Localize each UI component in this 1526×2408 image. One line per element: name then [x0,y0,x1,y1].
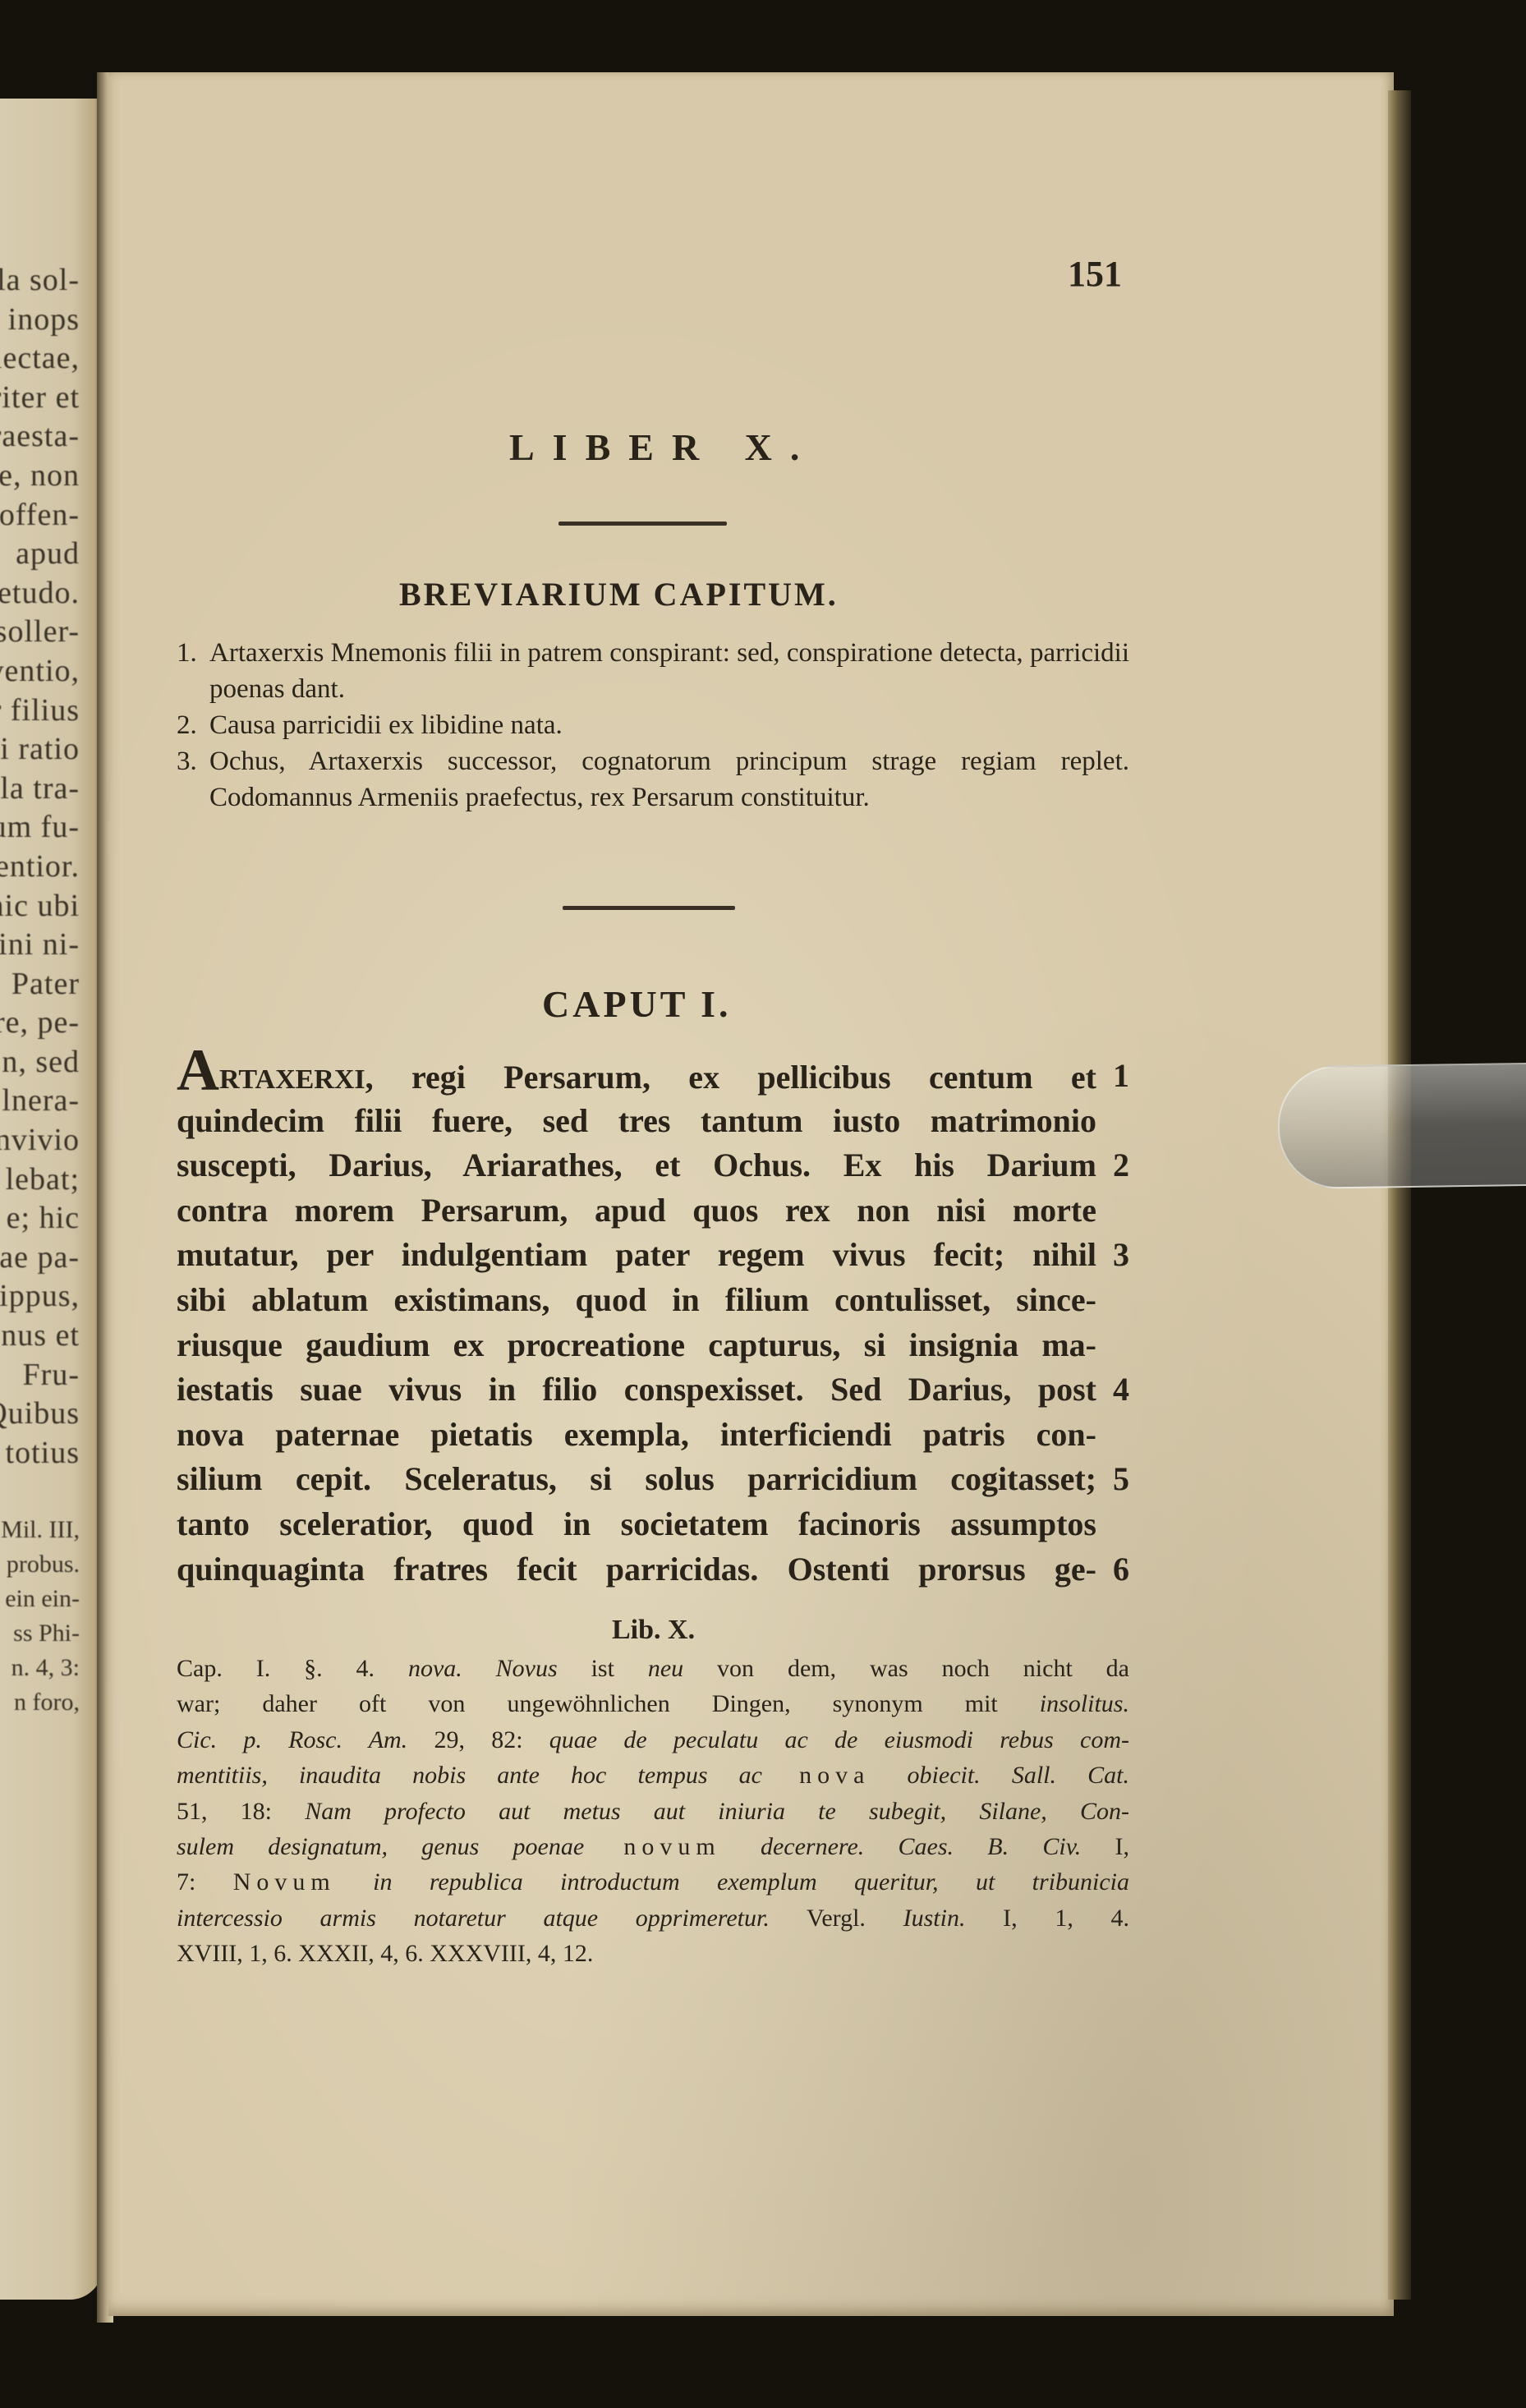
text-line: nova paternae pietatis exempla, interfic… [177,1413,1129,1458]
footnote-line: sulem designatum, genus poenae novum dec… [177,1829,1129,1864]
page-number: 151 [1068,253,1122,295]
summary-item-text: Artaxerxis Mnemonis filii in patrem cons… [209,635,1129,707]
footnote-line: 7: Novum in republica introductum exempl… [177,1864,1129,1900]
summary-item-text: Ochus, Artaxerxis successor, cognatorum … [209,743,1129,816]
section-number [1096,1188,1129,1234]
text-line: ARTAXERXI, regi Persarum, ex pellicibus … [177,1054,1129,1099]
text-line: quindecim filii fuere, sed tres tantum i… [177,1099,1129,1144]
section-number: 3 [1096,1233,1129,1278]
text-line: sibi ablatum existimans, quod in filium … [177,1278,1129,1323]
footnote-line: XVIII, 1, 6. XXXII, 4, 6. XXXVIII, 4, 12… [177,1936,1129,1971]
footnotes: Cap. I. §. 4. nova. Novus ist neu von de… [177,1651,1129,1972]
section-number [1096,1502,1129,1547]
book-title: LIBER X. [509,425,817,469]
footnote-line: 51, 18: Nam profecto aut metus aut iniur… [177,1794,1129,1829]
drop-cap: A [177,1037,219,1103]
summary-item-number: 3. [177,743,209,816]
summary-item: 3. Ochus, Artaxerxis successor, cognator… [177,743,1129,816]
section-number: 2 [1096,1143,1129,1188]
summary-item: 1. Artaxerxis Mnemonis filii in patrem c… [177,635,1129,707]
summary-title: BREVIARIUM CAPITUM. [399,575,839,613]
divider-rule [558,522,727,526]
text-line: tanto sceleratior, quod in societatem fa… [177,1502,1129,1547]
section-number [1096,1278,1129,1323]
text-line: riusque gaudium ex procreatione capturus… [177,1323,1129,1368]
page-stack-edge [1388,90,1411,2300]
chapter-body: ARTAXERXI, regi Persarum, ex pellicibus … [177,1054,1129,1592]
summary-item: 2. Causa parricidii ex libidine nata. [177,707,1129,743]
chapter-summary: 1. Artaxerxis Mnemonis filii in patrem c… [177,635,1129,816]
facing-page-text: lla sol- r inops ilectae, riter et raest… [0,261,80,1473]
text-line: quinquaginta fratres fecit parricidas. O… [177,1547,1129,1592]
section-number: 4 [1096,1367,1129,1413]
footnote-line: intercessio armis notaretur atque opprim… [177,1900,1129,1936]
chapter-title: CAPUT I. [542,982,732,1026]
summary-item-number: 1. [177,635,209,707]
section-number: 5 [1096,1457,1129,1502]
footnote-line: Cic. p. Rosc. Am. 29, 82: quae de pecula… [177,1722,1129,1758]
section-number: 6 [1096,1547,1129,1592]
text-line: mutatur, per indulgentiam pater regem vi… [177,1233,1129,1278]
notes-heading: Lib. X. [612,1615,695,1646]
text-line: iestatis suae vivus in filio conspexisse… [177,1367,1129,1413]
footnote-line: Cap. I. §. 4. nova. Novus ist neu von de… [177,1651,1129,1686]
section-number: 1 [1096,1054,1129,1099]
paper-knife-bookmark [1277,1063,1526,1190]
summary-item-number: 2. [177,707,209,743]
section-number [1096,1099,1129,1144]
section-number [1096,1323,1129,1368]
divider-rule [563,906,735,910]
text-line: contra morem Persarum, apud quos rex non… [177,1188,1129,1234]
facing-page-notes: Mil. III, probus. ein ein- ss Phi- n. 4,… [0,1513,80,1720]
facing-page: lla sol- r inops ilectae, riter et raest… [0,99,103,2300]
summary-item-text: Causa parricidii ex libidine nata. [209,707,1129,743]
footnote-line: war; daher oft von ungewöhnlichen Dingen… [177,1686,1129,1721]
section-number [1096,1413,1129,1458]
footnote-line: mentitiis, inaudita nobis ante hoc tempu… [177,1758,1129,1793]
text-line: suscepti, Darius, Ariarathes, et Ochus. … [177,1143,1129,1188]
text-line: silium cepit. Sceleratus, si solus parri… [177,1457,1129,1502]
